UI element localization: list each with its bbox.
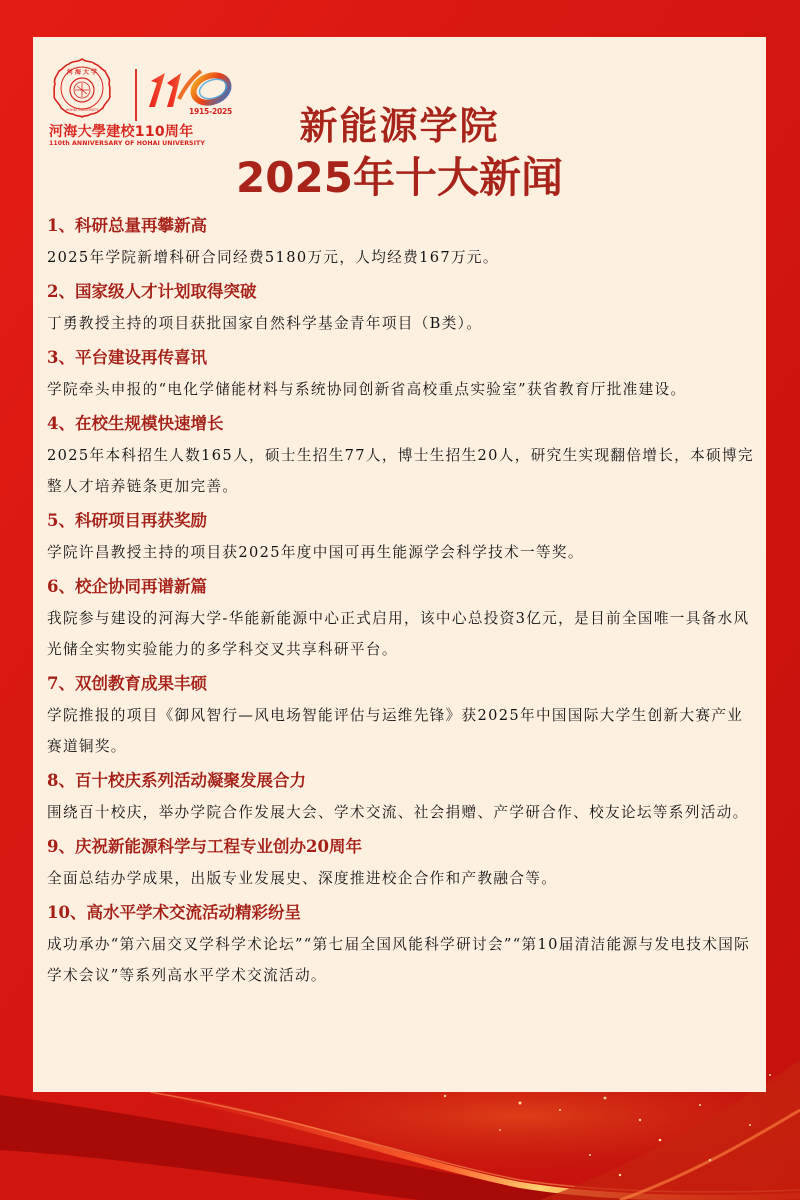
news-heading: 4、在校生规模快速增长 (47, 407, 759, 440)
news-heading: 9、庆祝新能源科学与工程专业创办20周年 (47, 830, 759, 863)
news-item-5: 5、科研项目再获奖励 学院许昌教授主持的项目获2025年度中国可再生能源学会科学… (47, 504, 759, 568)
news-heading: 2、国家级人才计划取得突破 (47, 275, 759, 308)
news-body: 全面总结办学成果，出版专业发展史、深度推进校企合作和产教融合等。 (47, 863, 759, 894)
news-item-7: 7、双创教育成果丰硕 学院推报的项目《御风智行—风电场智能评估与运维先锋》获20… (47, 667, 759, 762)
news-heading: 3、平台建设再传喜讯 (47, 341, 759, 374)
news-item-8: 8、百十校庆系列活动凝聚发展合力 围绕百十校庆，举办学院合作发展大会、学术交流、… (47, 764, 759, 828)
news-body: 学院推报的项目《御风智行—风电场智能评估与运维先锋》获2025年中国国际大学生创… (47, 700, 759, 762)
news-heading: 8、百十校庆系列活动凝聚发展合力 (47, 764, 759, 797)
news-item-1: 1、科研总量再攀新高 2025年学院新增科研合同经费5180万元，人均经费167… (47, 209, 759, 273)
news-list: 1、科研总量再攀新高 2025年学院新增科研合同经费5180万元，人均经费167… (47, 209, 759, 993)
news-heading: 5、科研项目再获奖励 (47, 504, 759, 537)
content-panel: 河 海 大 学 HOHAI UNIVERSITY (33, 37, 766, 1092)
page-title-line1: 新能源学院 (33, 95, 766, 150)
news-item-4: 4、在校生规模快速增长 2025年本科招生人数165人，硕士生招生77人，博士生… (47, 407, 759, 502)
news-heading: 10、高水平学术交流活动精彩纷呈 (47, 896, 759, 929)
news-item-6: 6、校企协同再谱新篇 我院参与建设的河海大学-华能新能源中心正式启用，该中心总投… (47, 570, 759, 665)
svg-text:河 海 大 学: 河 海 大 学 (67, 68, 97, 76)
news-heading: 1、科研总量再攀新高 (47, 209, 759, 242)
news-body: 2025年学院新增科研合同经费5180万元，人均经费167万元。 (47, 242, 759, 273)
news-body: 学院牵头申报的“电化学储能材料与系统协同创新省高校重点实验室”获省教育厅批准建设… (47, 374, 759, 405)
news-body: 学院许昌教授主持的项目获2025年度中国可再生能源学会科学技术一等奖。 (47, 537, 759, 568)
news-item-3: 3、平台建设再传喜讯 学院牵头申报的“电化学储能材料与系统协同创新省高校重点实验… (47, 341, 759, 405)
news-body: 丁勇教授主持的项目获批国家自然科学基金青年项目（B类）。 (47, 308, 759, 339)
news-body: 成功承办“第六届交叉学科学术论坛”“第七届全国风能科学研讨会”“第10届清洁能源… (47, 929, 759, 991)
news-item-2: 2、国家级人才计划取得突破 丁勇教授主持的项目获批国家自然科学基金青年项目（B类… (47, 275, 759, 339)
news-heading: 7、双创教育成果丰硕 (47, 667, 759, 700)
page-title-line2: 2025年十大新闻 (33, 145, 766, 205)
news-heading: 6、校企协同再谱新篇 (47, 570, 759, 603)
news-body: 我院参与建设的河海大学-华能新能源中心正式启用，该中心总投资3亿元，是目前全国唯… (47, 603, 759, 665)
news-item-9: 9、庆祝新能源科学与工程专业创办20周年 全面总结办学成果，出版专业发展史、深度… (47, 830, 759, 894)
news-body: 围绕百十校庆，举办学院合作发展大会、学术交流、社会捐赠、产学研合作、校友论坛等系… (47, 797, 759, 828)
news-item-10: 10、高水平学术交流活动精彩纷呈 成功承办“第六届交叉学科学术论坛”“第七届全国… (47, 896, 759, 991)
news-body: 2025年本科招生人数165人，硕士生招生77人，博士生招生20人，研究生实现翻… (47, 440, 759, 502)
